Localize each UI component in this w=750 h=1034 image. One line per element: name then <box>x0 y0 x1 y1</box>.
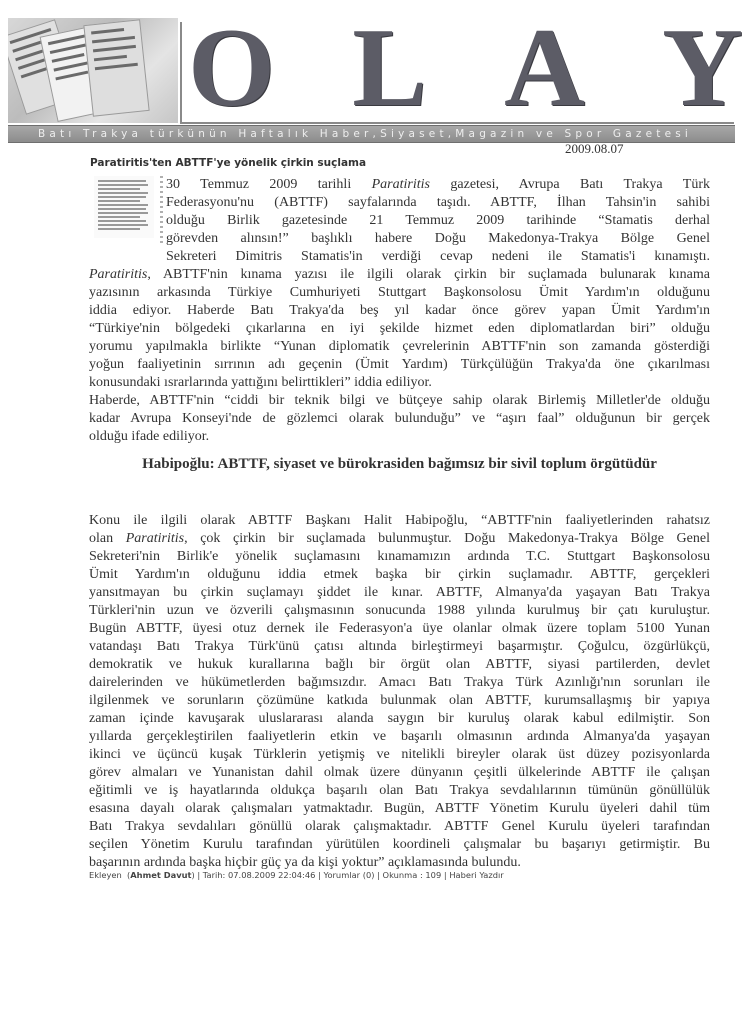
text-line: iddia ediyor. Haberde Batı Trakya'da beş… <box>89 302 710 320</box>
added-by-label: Ekleyen <box>89 870 122 880</box>
text-line: Ümit Yardım'ın olduğunu iddia etmek başk… <box>89 566 710 584</box>
date-label: Tarih: <box>203 870 226 880</box>
reads-count: 109 <box>425 870 441 880</box>
text-line: esasına dayalı olarak çalışmaları yatmak… <box>89 800 710 818</box>
text-line: olduğu ifade ediliyor. <box>89 428 710 446</box>
clipping-edge <box>160 176 163 246</box>
separator: | <box>377 870 380 880</box>
newspaper-name: Paratiritis <box>372 177 430 192</box>
newspapers-image <box>8 18 178 123</box>
tagline-band: Batı Trakya türkünün Haftalık Haber,Siya… <box>8 125 735 143</box>
separator: | <box>318 870 321 880</box>
text-line: Bugün ABTTF, üyesi otuz dernek ile Feder… <box>89 620 710 638</box>
text-line: zaman içinde kavuşarak uluslararası alan… <box>89 710 710 728</box>
text-line: yazısının arkasında Türkiye Cumhuriyeti … <box>89 284 710 302</box>
text-line: demokratik ve hukuk kurallarına bağlı bi… <box>89 656 710 674</box>
newspaper-logo: O L A Y <box>188 18 743 118</box>
paragraph-3: Konu ile ilgili olarak ABTTF Başkanı Hal… <box>89 512 710 872</box>
text-line: Türkleri'nin uzun ve özverili çalışmasın… <box>89 602 710 620</box>
text-line: yıllarda gerçekleştirilen faaliyetlerin … <box>89 728 710 746</box>
text-line: dairelerinden ve hükümetlerden bağımsızd… <box>89 674 710 692</box>
text-line: olduğu Birlik gazetesinde 21 Temmuz 2009… <box>166 212 710 230</box>
newspaper-name: Paratiritis <box>126 531 184 546</box>
print-article-link[interactable]: Haberi Yazdır <box>449 870 503 880</box>
text-line: yansıtmayan bu çirkin suçlamayı şiddet i… <box>89 584 710 602</box>
text-line: “Türkiye'nin bölgedeki çıkarlarına en iy… <box>89 320 710 338</box>
text-line: Paratiritis, ABTTF'nin kınama yazısı ile… <box>89 266 710 284</box>
text-line: görevden alınsın!” başlıklı habere Doğu … <box>166 230 710 248</box>
text-line: görev almaları ve Yunanistan dahil olmak… <box>89 764 710 782</box>
text-line: 30 Temmuz 2009 tarihli Paratiritis gazet… <box>166 176 710 194</box>
text-line: olan Paratiritis, çok çirkin bir suçlama… <box>89 530 710 548</box>
text-line: Konu ile ilgili olarak ABTTF Başkanı Hal… <box>89 512 710 530</box>
text-line: ilgilenmek ve sorunların çözümüne katkıd… <box>89 692 710 710</box>
article-subheading: Habipoğlu: ABTTF, siyaset ve bürokraside… <box>89 456 710 473</box>
author-link[interactable]: Ahmet Davut <box>130 870 191 880</box>
text-line: Batı Trakya sevdalıları gönüllü olarak ç… <box>89 818 710 836</box>
comments-link[interactable]: Yorumlar (0) <box>323 870 374 880</box>
publication-date: 2009.08.07 <box>565 141 624 157</box>
logo-letter: A <box>504 12 585 124</box>
date-value: 07.08.2009 22:04:46 <box>228 870 315 880</box>
text-line: Haberde, ABTTF'nin “ciddi bir teknik bil… <box>89 392 710 410</box>
logo-letter: O <box>188 12 275 124</box>
text-line: konusundaki ısrarlarında yattığını belir… <box>89 374 710 392</box>
separator: | <box>444 870 447 880</box>
text-line: seçilen Yönetim Kurulu tarafından yürütü… <box>89 836 710 854</box>
text-line: Sekreteri Dimitris Stamatis'in verdiği c… <box>166 248 710 266</box>
lead-paragraph-continued: Paratiritis, ABTTF'nin kınama yazısı ile… <box>89 266 710 392</box>
article-meta: Ekleyen (Ahmet Davut) | Tarih: 07.08.200… <box>89 870 504 880</box>
text-line: kadar Avrupa Konseyi'nde de gözlemci ola… <box>89 410 710 428</box>
text-line: eğitimli ve iş hayatlarında oldukça başa… <box>89 782 710 800</box>
text-line: yorumu yapılmakla birlikte “Yunan diplom… <box>89 338 710 356</box>
lead-paragraph: 30 Temmuz 2009 tarihli Paratiritis gazet… <box>166 176 710 266</box>
logo-letter: L <box>352 12 427 124</box>
paragraph-2: Haberde, ABTTF'nin “ciddi bir teknik bil… <box>89 392 710 446</box>
text-line: Sekreteri'nin Birlik'e yönelik suçlaması… <box>89 548 710 566</box>
newspaper-name: Paratiritis <box>89 267 147 282</box>
text-line: Federasyonu'nu (ABTTF) sayfalarında taşı… <box>166 194 710 212</box>
reads-label: Okunma : <box>383 870 423 880</box>
clipping-thumbnail <box>94 176 154 238</box>
newspaper-icon <box>83 19 149 116</box>
masthead: O L A Y Batı Trakya türkünün Haftalık Ha… <box>8 18 743 144</box>
text-line: yoğun faaliyetinin sırrının adı geçenin … <box>89 356 710 374</box>
tagline: Batı Trakya türkünün Haftalık Haber,Siya… <box>38 126 692 142</box>
logo-letter: Y <box>662 12 743 124</box>
text-line: vatandaşı Batı Trakya Türk'ünü çatısı al… <box>89 638 710 656</box>
separator: | <box>197 870 200 880</box>
text-line: ikinci ve üçüncü kuşak Türklerin yetişmi… <box>89 746 710 764</box>
article-headline: Paratiritis'ten ABTTF'ye yönelik çirkin … <box>90 157 366 169</box>
